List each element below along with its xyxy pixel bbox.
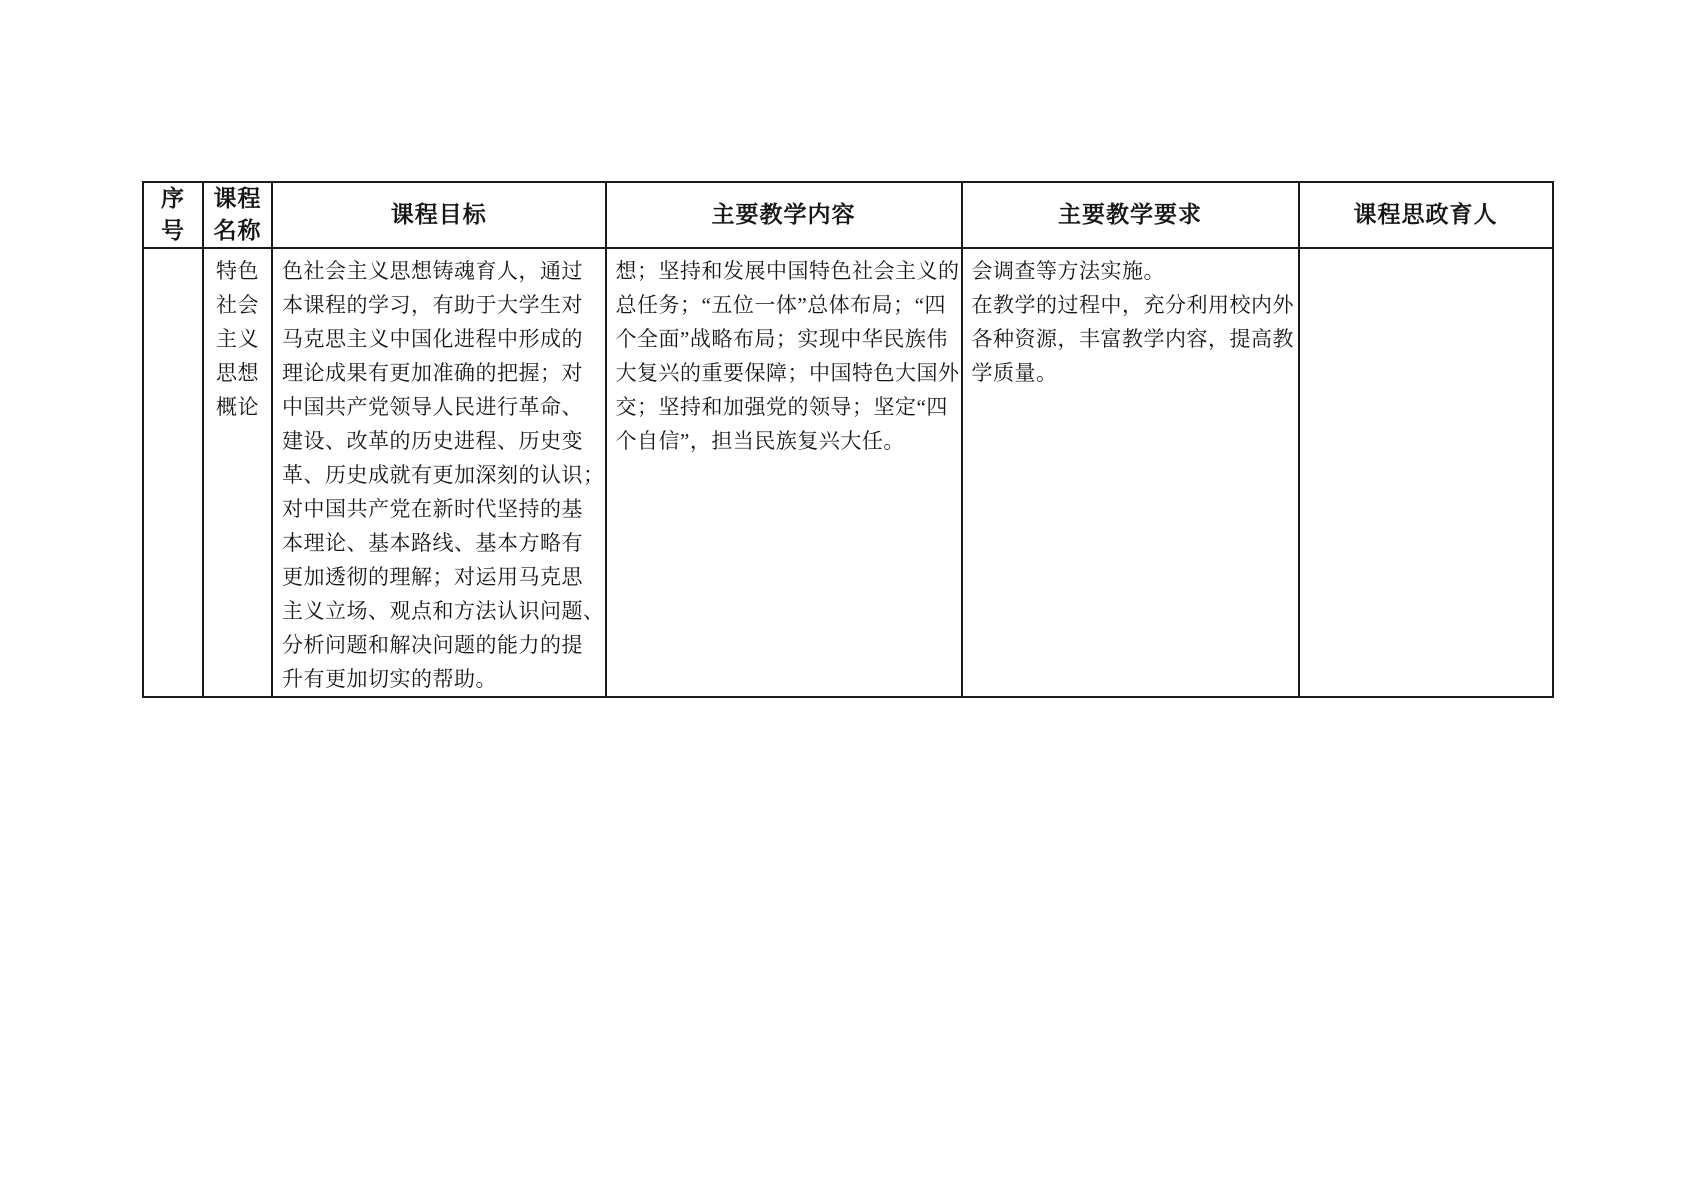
header-cell-teaching-content: 主要教学内容 xyxy=(606,182,962,248)
course-syllabus-table: 序 号 课程 名称 课程目标 主要教学内容 主要教学要求 课程思政育人 特色 社… xyxy=(142,181,1554,698)
header-cell-course-name: 课程 名称 xyxy=(203,182,272,248)
document-page: 序 号 课程 名称 课程目标 主要教学内容 主要教学要求 课程思政育人 特色 社… xyxy=(0,0,1684,1191)
table-row: 特色 社会 主义 思想 概论 色社会主义思想铸魂育人，通过 本课程的学习，有助于… xyxy=(143,248,1553,697)
header-cell-course-objectives: 课程目标 xyxy=(272,182,606,248)
cell-teaching-requirements: 会调查等方法实施。 在教学的过程中，充分利用校内外 各种资源，丰富教学内容，提高… xyxy=(962,248,1299,697)
cell-teaching-content: 想；坚持和发展中国特色社会主义的 总任务；“五位一体”总体布局；“四 个全面”战… xyxy=(606,248,962,697)
cell-course-name: 特色 社会 主义 思想 概论 xyxy=(203,248,272,697)
header-cell-ideological-education: 课程思政育人 xyxy=(1299,182,1553,248)
cell-number xyxy=(143,248,203,697)
header-cell-number: 序 号 xyxy=(143,182,203,248)
cell-course-objectives: 色社会主义思想铸魂育人，通过 本课程的学习，有助于大学生对 马克思主义中国化进程… xyxy=(272,248,606,697)
header-cell-teaching-requirements: 主要教学要求 xyxy=(962,182,1299,248)
table-header-row: 序 号 课程 名称 课程目标 主要教学内容 主要教学要求 课程思政育人 xyxy=(143,182,1553,248)
cell-ideological-education xyxy=(1299,248,1553,697)
